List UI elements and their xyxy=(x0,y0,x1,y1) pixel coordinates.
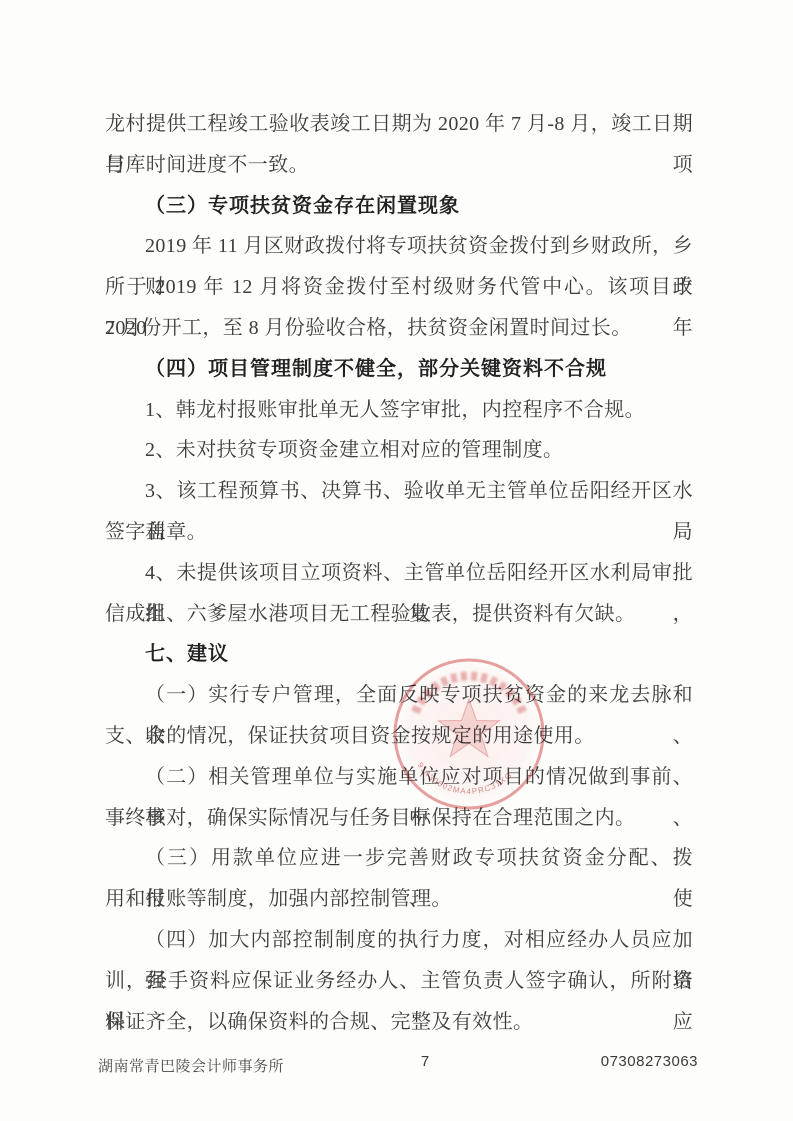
section-heading: 七、建议 xyxy=(105,634,693,675)
footer-page-number: 7 xyxy=(410,1053,440,1070)
text-line: 1、韩龙村报账审批单无人签字审批，内控程序不合规。 xyxy=(105,390,693,431)
text-line: 信成组、六爹屋水港项目无工程验收表，提供资料有欠缺。 xyxy=(105,594,693,635)
document-page: 龙村提供工程竣工验收表竣工日期为 2020 年 7 月-8 月，竣工日期与项 目… xyxy=(0,0,793,1121)
text-line: 所于 2019 年 12 月将资金拨付至村级财务代管中心。该项目于 2020 年 xyxy=(105,267,693,308)
text-line: （二）相关管理单位与实施单位应对项目的情况做到事前、事中、 xyxy=(105,757,693,798)
section-heading: （三）专项扶贫资金存在闲置现象 xyxy=(105,186,693,227)
text-line: （四）加大内部控制制度的执行力度，对相应经办人员应加强培 xyxy=(105,920,693,961)
section-heading: （四）项目管理制度不健全，部分关键资料不合规 xyxy=(105,349,693,390)
text-line: 7 月份开工，至 8 月份验收合格，扶贫资金闲置时间过长。 xyxy=(105,308,693,349)
text-line: 3、该工程预算书、决算书、验收单无主管单位岳阳经开区水利局 xyxy=(105,471,693,512)
text-line: 龙村提供工程竣工验收表竣工日期为 2020 年 7 月-8 月，竣工日期与项 xyxy=(105,104,693,145)
text-line: （三）用款单位应进一步完善财政专项扶贫资金分配、拨付、使 xyxy=(105,838,693,879)
text-line: 训，经手资料应保证业务经办人、主管负责人签字确认，所附资料应 xyxy=(105,961,693,1002)
text-line: 事终核对，确保实际情况与任务目标保持在合理范围之内。 xyxy=(105,798,693,839)
page-footer: 湖南常青巴陵会计师事务所 7 07308273063 xyxy=(98,1051,698,1077)
footer-phone: 07308273063 xyxy=(601,1053,698,1070)
text-line: （一）实行专户管理，全面反映专项扶贫资金的来龙去脉和收、 xyxy=(105,675,693,716)
document-body: 龙村提供工程竣工验收表竣工日期为 2020 年 7 月-8 月，竣工日期与项 目… xyxy=(105,104,693,1042)
text-line: 2019 年 11 月区财政拨付将专项扶贫资金拨付到乡财政所，乡财政 xyxy=(105,226,693,267)
footer-firm-name: 湖南常青巴陵会计师事务所 xyxy=(98,1055,284,1076)
text-line: 2、未对扶贫专项资金建立相对应的管理制度。 xyxy=(105,430,693,471)
text-line: 4、未提供该项目立项资料、主管单位岳阳经开区水利局审批批复， xyxy=(105,553,693,594)
